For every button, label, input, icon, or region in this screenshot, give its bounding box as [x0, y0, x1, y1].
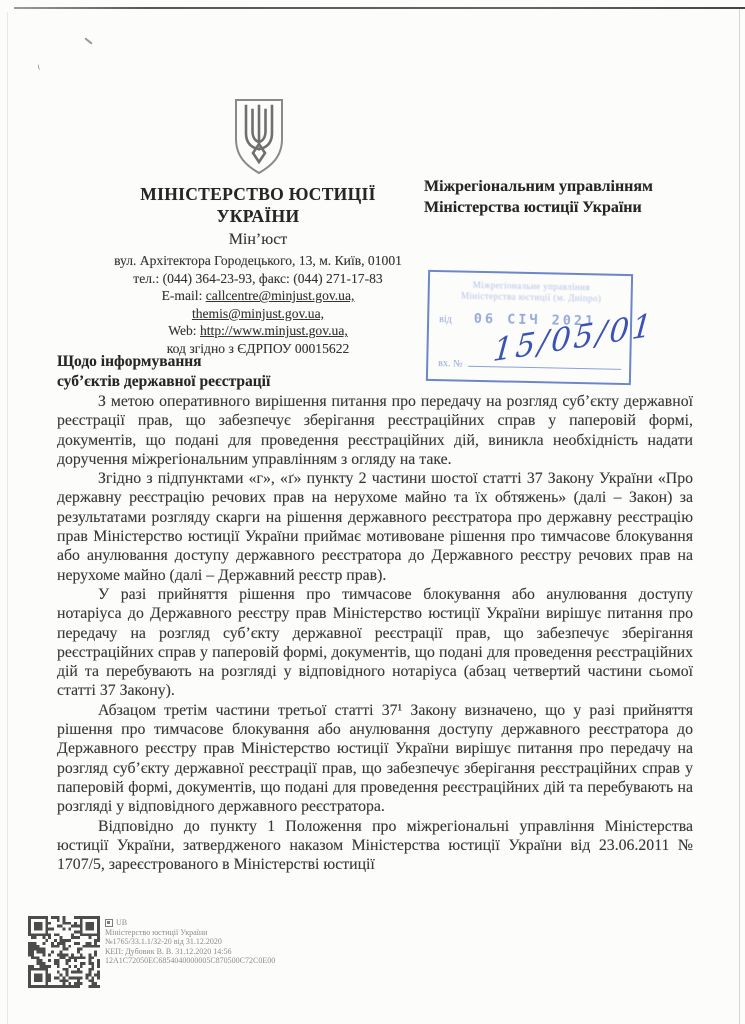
- ministry-name-line2: УКРАЇНИ: [48, 205, 468, 227]
- scan-artifact-right-edge: [739, 9, 740, 1024]
- web-label: Web:: [168, 323, 200, 338]
- signature-doc-number: №1765/33.1.1/32-20 від 31.12.2020: [105, 937, 275, 947]
- body-paragraph: Відповідно до пункту 1 Положення про між…: [57, 817, 693, 875]
- stamp-number-label: вх. №: [438, 358, 462, 370]
- ministry-short-name: Мін’юст: [48, 230, 468, 250]
- email-label: E-mail:: [162, 288, 206, 303]
- qr-code-icon: [28, 916, 100, 988]
- subject-block: Щодо інформування суб’єктів державної ре…: [57, 352, 387, 392]
- letter-body: З метою оперативного вирішення питання п…: [57, 392, 693, 874]
- scanned-letter-page: МІНІСТЕРСТВО ЮСТИЦІЇ УКРАЇНИ Мін’юст вул…: [0, 0, 745, 1024]
- stamp-date-label: від: [439, 314, 452, 325]
- ukraine-trident-emblem-icon: [226, 97, 292, 177]
- body-paragraph: Абзацом третім частини третьої статті 37…: [57, 701, 693, 817]
- body-paragraph: З метою оперативного вирішення питання п…: [57, 392, 693, 469]
- email-line: E-mail: callcentre@minjust.gov.ua,: [48, 287, 468, 305]
- digital-signature-block: UB Міністерство юстиції України №1765/33…: [28, 916, 275, 988]
- email-line2: themis@minjust.gov.ua,: [48, 305, 468, 323]
- subject-line2: суб’єктів державної реєстрації: [57, 372, 387, 392]
- scan-speck: [37, 64, 42, 71]
- web-line: Web: http://www.minjust.gov.ua,: [48, 322, 468, 340]
- signature-hash: 12A1C72050EC6854040000005C870500C72C0E00: [105, 956, 275, 966]
- ministry-name-line1: МІНІСТЕРСТВО ЮСТИЦІЇ: [48, 183, 468, 205]
- address-line: вул. Архітектора Городецького, 13, м. Ки…: [48, 252, 468, 270]
- signature-org: Міністерство юстиції України: [105, 928, 275, 938]
- addressee-line2: Міністерства юстиції України: [424, 197, 714, 218]
- scan-artifact-top-line: [14, 7, 745, 9]
- addressee-line1: Міжрегіональним управлінням: [424, 176, 714, 197]
- email-secondary: themis@minjust.gov.ua,: [192, 306, 324, 321]
- validation-checkbox-icon: [105, 919, 113, 927]
- phone-fax-line: тел.: (044) 364-23-93, факс: (044) 271-1…: [48, 270, 468, 288]
- sender-header: МІНІСТЕРСТВО ЮСТИЦІЇ УКРАЇНИ Мін’юст вул…: [48, 183, 468, 358]
- web-url: http://www.minjust.gov.ua,: [200, 323, 348, 338]
- signature-kep: КЕП: Дубовик В. В. 31.12.2020 14:56: [105, 947, 275, 957]
- email-primary: callcentre@minjust.gov.ua,: [206, 288, 355, 303]
- scan-artifact-left-edge: [7, 12, 8, 1024]
- qr-label: UB: [116, 918, 127, 928]
- body-paragraph: Згідно з підпунктами «г», «ґ» пункту 2 ч…: [57, 469, 693, 585]
- addressee-block: Міжрегіональним управлінням Міністерства…: [424, 176, 714, 218]
- subject-line1: Щодо інформування: [57, 352, 387, 372]
- body-paragraph: У разі прийняття рішення про тимчасове б…: [57, 585, 693, 701]
- scan-speck: [84, 37, 92, 44]
